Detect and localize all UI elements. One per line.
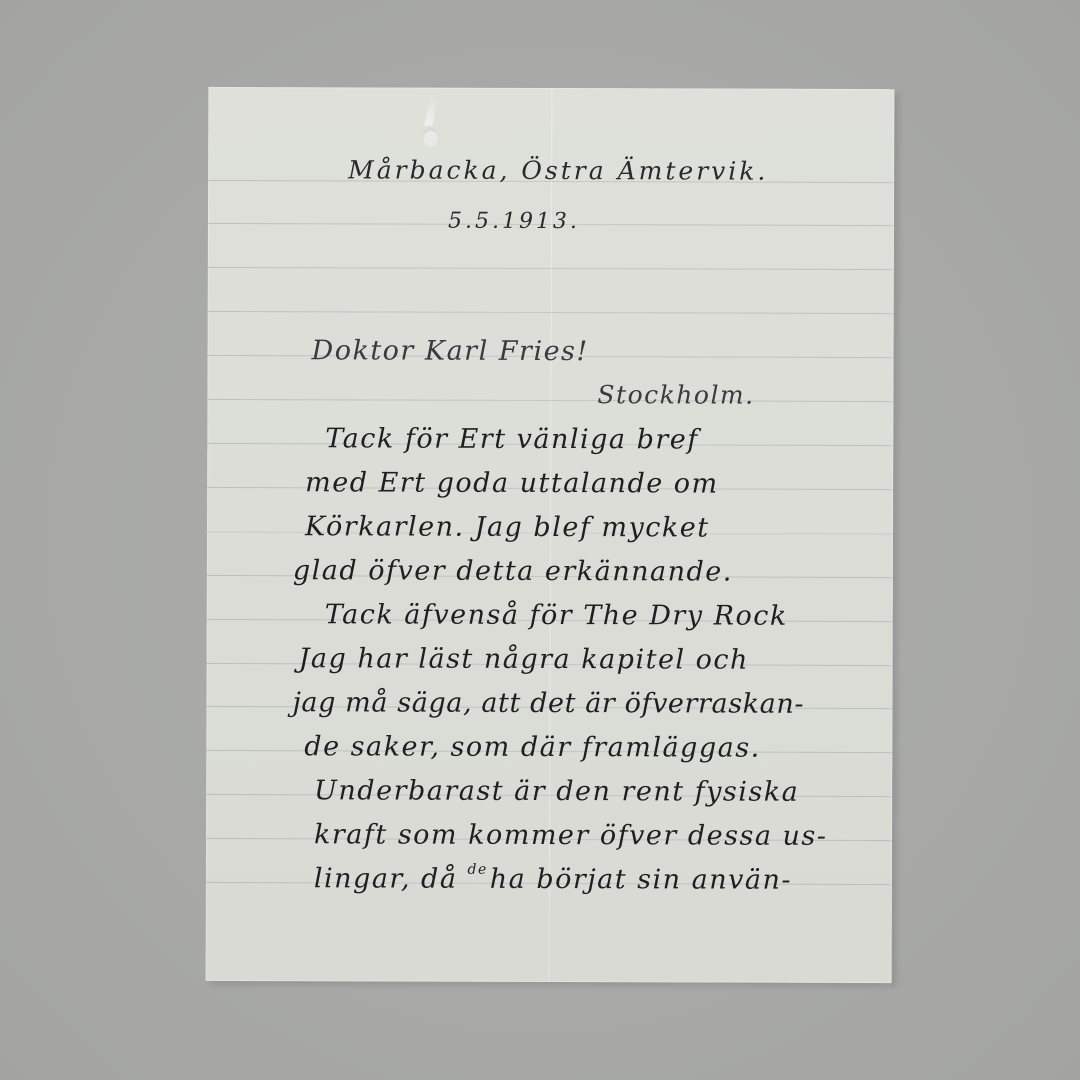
- superscript-insertion: de: [468, 862, 488, 878]
- letter-date: 5.5.1913.: [448, 211, 580, 233]
- last-line-end: ha börjat sin använ-: [490, 864, 792, 896]
- body-line-6: Jag har läst några kapitel och: [299, 645, 749, 673]
- body-line-4: glad öfver detta erkännande.: [293, 557, 733, 585]
- letter-sheet: Mårbacka, Östra Ämtervik. 5.5.1913. Dokt…: [206, 87, 895, 983]
- last-line-start: lingar, då: [314, 863, 458, 894]
- body-line-8: de saker, som där framläggas.: [304, 733, 760, 761]
- body-line-3: Körkarlen. Jag blef mycket: [305, 513, 710, 541]
- recipient-city: Stockholm.: [597, 382, 754, 407]
- letter-place-heading: Mårbacka, Östra Ämtervik.: [348, 157, 768, 183]
- body-line-10: kraft som kommer öfver dessa us-: [314, 821, 827, 850]
- body-line-7: jag må säga, att det är öfverraskan-: [292, 689, 804, 718]
- body-line-5: Tack äfvenså för The Dry Rock: [325, 601, 788, 629]
- body-line-2: med Ert goda uttalande om: [305, 469, 719, 497]
- body-line-11: lingar, då deha börjat sin använ-: [314, 865, 792, 894]
- body-line-9: Underbarast är den rent fysiska: [314, 777, 799, 806]
- punch-hole: [422, 129, 439, 147]
- body-line-1: Tack för Ert vänliga bref: [325, 425, 699, 453]
- letter-salutation: Doktor Karl Fries!: [312, 337, 589, 365]
- paper-tear: [424, 96, 438, 126]
